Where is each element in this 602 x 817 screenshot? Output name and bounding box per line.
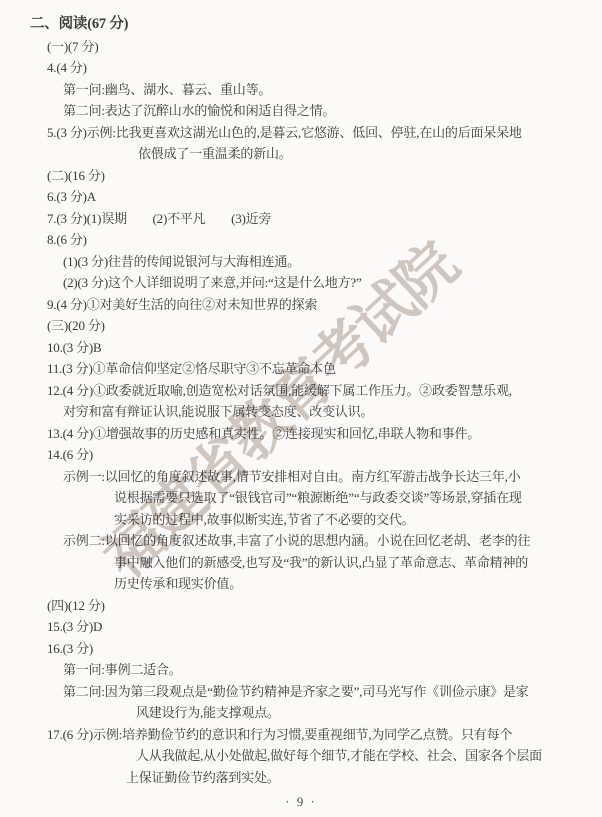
answer-q8-part2: (2)(3 分)这个人详细说明了来意,并问:“这是什么地方?” bbox=[0, 272, 602, 294]
answer-q5-cont: 依偎成了一重温柔的新山。 bbox=[0, 143, 602, 165]
answer-q11: 11.(3 分)①革命信仰坚定②恪尽职守③不忘革命本色 bbox=[0, 358, 602, 380]
answer-q12-cont: 对穷和富有辩证认识,能说服下属转变态度、改变认识。 bbox=[0, 401, 602, 423]
answer-q16: 16.(3 分) bbox=[0, 638, 602, 660]
answer-key-page: 福建省教育考试院 二、阅读(67 分) (一)(7 分) 4.(4 分) 第一问… bbox=[0, 0, 602, 817]
answer-q10: 10.(3 分)B bbox=[0, 337, 602, 359]
answer-key-content: 二、阅读(67 分) (一)(7 分) 4.(4 分) 第一问:幽鸟、湖水、暮云… bbox=[0, 14, 602, 788]
answer-q14-example1-cont: 实采访的过程中,故事似断实连,节省了不必要的交代。 bbox=[0, 509, 602, 531]
answer-q14-example1-cont: 说根据需要只选取了“银钱官司”“粮源断绝”“与政委交谈”等场景,穿插在现 bbox=[0, 487, 602, 509]
answer-q16-part2-cont: 风建设行为,能支撑观点。 bbox=[0, 702, 602, 724]
answer-q8-part1: (1)(3 分)往昔的传闻说银河与大海相连通。 bbox=[0, 251, 602, 273]
answer-q16-part1: 第一问:事例二适合。 bbox=[0, 659, 602, 681]
answer-q4-part2: 第二问:表达了沉醉山水的愉悦和闲适自得之情。 bbox=[0, 100, 602, 122]
answer-q14-example2: 示例二:以回忆的角度叙述故事,丰富了小说的思想内涵。小说在回忆老胡、老李的往 bbox=[0, 530, 602, 552]
answer-q4-part1: 第一问:幽鸟、湖水、暮云、重山等。 bbox=[0, 79, 602, 101]
section-heading: 二、阅读(67 分) bbox=[0, 14, 602, 36]
subsection-4-heading: (四)(12 分) bbox=[0, 595, 602, 617]
answer-q14-example2-cont: 事中融入他们的新感受,也写及“我”的新认识,凸显了革命意志、革命精神的 bbox=[0, 552, 602, 574]
subsection-3-heading: (三)(20 分) bbox=[0, 315, 602, 337]
answer-q17-cont: 人从我做起,从小处做起,做好每个细节,才能在学校、社会、国家各个层面 bbox=[0, 745, 602, 767]
answer-q16-part2: 第二问:因为第三段观点是“勤俭节约精神是齐家之要”,司马光写作《训俭示康》是家 bbox=[0, 681, 602, 703]
answer-q17-cont: 上保证勤俭节约落到实处。 bbox=[0, 767, 602, 789]
page-number: · 9 · bbox=[0, 794, 602, 810]
answer-q17: 17.(6 分)示例:培养勤俭节约的意识和行为习惯,要重视细节,为同学乙点赞。只… bbox=[0, 724, 602, 746]
answer-q14: 14.(6 分) bbox=[0, 444, 602, 466]
subsection-2-heading: (二)(16 分) bbox=[0, 165, 602, 187]
answer-q9: 9.(4 分)①对美好生活的向往②对未知世界的探索 bbox=[0, 294, 602, 316]
answer-q12: 12.(4 分)①政委就近取喻,创造宽松对话氛围,能缓解下属工作压力。②政委智慧… bbox=[0, 380, 602, 402]
answer-q6: 6.(3 分)A bbox=[0, 186, 602, 208]
answer-q15: 15.(3 分)D bbox=[0, 616, 602, 638]
answer-q14-example1: 示例一:以回忆的角度叙述故事,情节安排相对自由。南方红军游击战争长达三年,小 bbox=[0, 466, 602, 488]
answer-q5: 5.(3 分)示例:比我更喜欢这湖光山色的,是暮云,它悠游、低回、停驻,在山的后… bbox=[0, 122, 602, 144]
answer-q4: 4.(4 分) bbox=[0, 57, 602, 79]
answer-q7: 7.(3 分)(1)误期 (2)不平凡 (3)近旁 bbox=[0, 208, 602, 230]
answer-q13: 13.(4 分)①增强故事的历史感和真实性。②连接现实和回忆,串联人物和事件。 bbox=[0, 423, 602, 445]
answer-q8: 8.(6 分) bbox=[0, 229, 602, 251]
answer-q14-example2-cont: 历史传承和现实价值。 bbox=[0, 573, 602, 595]
subsection-1-heading: (一)(7 分) bbox=[0, 36, 602, 58]
